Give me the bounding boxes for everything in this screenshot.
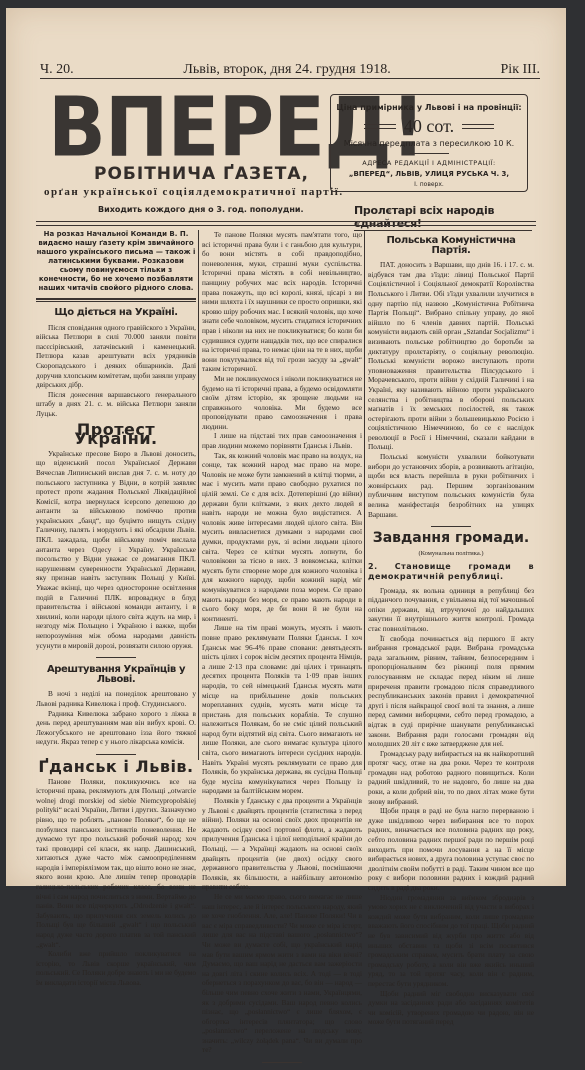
- masthead-subtitle: РОБІТНИЧА ҐАЗЕТА,: [94, 164, 309, 184]
- article-paragraph: Її свобода починається від першого її ак…: [368, 634, 534, 749]
- editorial-address: „ВПЕРЕД“, ЛЬВІВ, УЛИЦЯ РУСЬКА Ч. 3,: [331, 170, 527, 178]
- article-title: Завдання громади.: [368, 534, 534, 544]
- editorial-notice: На розказ Начальної Команди В. П. видаєм…: [36, 230, 196, 293]
- column-3: Польська Комуністична Партія. ПАТ. донос…: [368, 230, 534, 900]
- double-rule-right: [462, 124, 494, 129]
- article-paragraph: Поляків у Ґданську є два проценти а Укра…: [202, 796, 362, 892]
- article-paragraph: Після донесення варшавського ґенеральног…: [36, 390, 196, 419]
- article-paragraph: Громада, як вольна одиниця в републиці б…: [368, 586, 534, 634]
- issue-number: Ч. 20.: [40, 62, 74, 78]
- price-value: 40 сот.: [404, 116, 454, 137]
- article-title: Протест України.: [36, 425, 196, 444]
- article-paragraph: Панове Поляки, покликуючись все на істор…: [36, 777, 196, 900]
- article-paragraph: Лише на тім праві можуть, мусять і мають…: [202, 623, 362, 796]
- article-paragraph: Українське пресове Бюро в Львові доносит…: [36, 449, 196, 650]
- masthead-rule-thin: [36, 225, 536, 226]
- article-paragraph: І лише на підставі тих прав самоозначенн…: [202, 431, 362, 450]
- party-organ-line: орґан української соціялдемократичної па…: [44, 186, 344, 198]
- article-paragraph: Ніодин громадянин за виїмком збродиарів …: [368, 893, 534, 900]
- divider-thin: [36, 301, 196, 302]
- short-divider: [431, 526, 471, 527]
- article-paragraph: Ми не покликуємося і ніколи покликуватис…: [202, 374, 362, 432]
- article-paragraph: Після сповідання одного гравійского з Ук…: [36, 323, 196, 390]
- year-number: Рік III.: [501, 62, 540, 78]
- article-subheading: 2. Становище громади в демократичній реп…: [368, 562, 534, 581]
- article-title: Ґданськ і Львів.: [36, 762, 196, 772]
- slogan: Пролєтарі всіх народів єднайтеся!: [354, 204, 532, 231]
- article-paragraph: Польські комуністи ухвалили бойкотувати …: [368, 452, 534, 519]
- price-separator: [409, 153, 449, 154]
- article-title: Польська Комуністична Партія.: [368, 236, 534, 255]
- column-rule: [364, 230, 365, 770]
- price-row: 40 сот.: [331, 116, 527, 137]
- article-paragraph: ПАТ. доносить з Варшави, що днів 16. і 1…: [368, 260, 534, 452]
- publication-schedule: Виходить кождого дня о 3. год. пополудни…: [98, 205, 304, 214]
- address-floor: I. поверх.: [331, 181, 527, 188]
- newspaper-page: Ч. 20. Львів, второк, дня 24. грудня 191…: [6, 8, 566, 886]
- article-title: Арештування Українців у Львові.: [36, 665, 196, 684]
- column-1: На розказ Начальної Команди В. П. видаєм…: [36, 230, 196, 900]
- double-rule-left: [364, 124, 396, 129]
- article-paragraph: Щоби праця в раді не була наглo перерван…: [368, 806, 534, 892]
- price-label: Ціна примірника у Львові і на провінції:: [331, 103, 527, 112]
- article-paragraph: Те панове Поляки мусять пам'ятати того, …: [202, 230, 362, 374]
- divider: [36, 298, 196, 300]
- article-paragraph: Не се ми маємо право, сього вимагає не л…: [202, 892, 362, 900]
- top-strip: Ч. 20. Львів, второк, дня 24. грудня 191…: [40, 60, 540, 78]
- masthead-rule: [36, 221, 536, 222]
- article-paragraph: В ночі з неділі на понеділок арештовано …: [36, 689, 196, 708]
- short-divider: [96, 657, 136, 658]
- dateline: Львів, второк, дня 24. грудня 1918.: [183, 62, 390, 78]
- address-label: АДРЕСА РЕДАКЦІЇ І АДМІНІСТРАЦІЇ:: [331, 159, 527, 167]
- subscription-price: Місячна передплата з пересилкою 10 К.: [331, 139, 527, 148]
- article-paragraph: Громадську раду вибирається на як найкор…: [368, 749, 534, 807]
- article-paragraph: Так, як кожний чоловік має право на возд…: [202, 451, 362, 624]
- column-rule: [198, 230, 199, 760]
- column-2: Те панове Поляки мусять пам'ятати того, …: [202, 230, 362, 900]
- article-title: Що діється на Україні.: [36, 308, 196, 318]
- article-paragraph: Радника Кивелюка забрано хорого з ліжка …: [36, 709, 196, 747]
- price-box: Ціна примірника у Львові і на провінції:…: [330, 94, 528, 192]
- short-divider: [96, 754, 136, 755]
- article-kicker: (Комунальна політика.): [368, 549, 534, 559]
